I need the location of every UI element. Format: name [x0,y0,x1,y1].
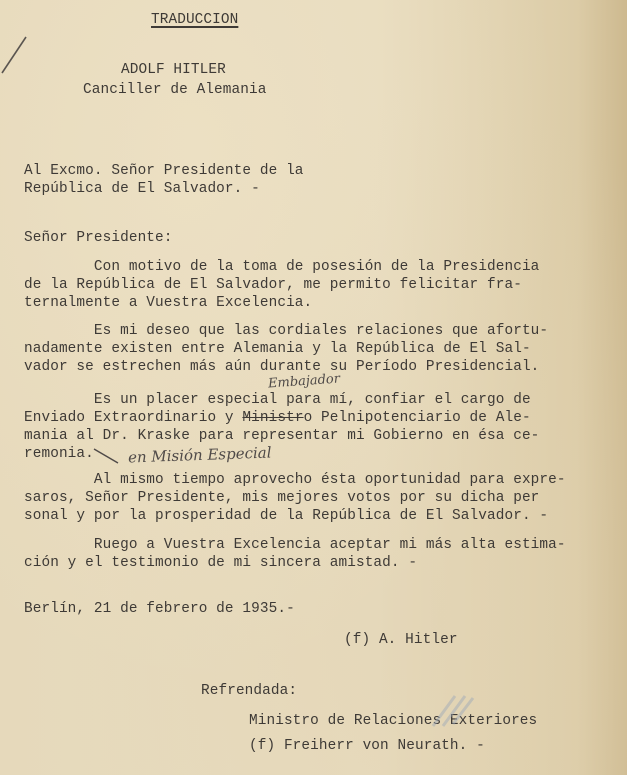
paragraph-3-line-4: remonia. [24,446,94,462]
paragraph-1-line-2: de la República de El Salvador, me permi… [24,277,522,293]
paragraph-3-line-3: mania al Dr. Kraske para representar mi … [24,428,539,444]
paragraph-2-line-3: vador se estrechen más aún durante su Pe… [24,359,539,375]
countersign-label: Refrendada: [201,683,297,699]
paragraph-4-line-1: Al mismo tiempo aprovecho ésta oportunid… [24,472,566,488]
paragraph-5-line-1: Ruego a Vuestra Excelencia aceptar mi má… [24,537,566,553]
insertion-caret [92,447,122,467]
paragraph-1-line-3: ternalmente a Vuestra Excelencia. [24,295,312,311]
paragraph-4-line-2: saros, Señor Presidente, mis mejores vot… [24,490,539,506]
paragraph-3-line-1: Es un placer especial para mí, confiar e… [24,392,531,408]
blue-smudge [425,690,485,730]
paragraph-3-line-2: Enviado Extraordinario y Ministro Pelnip… [24,410,531,426]
sender-title: Canciller de Alemania [83,82,266,98]
paragraph-1-line-1: Con motivo de la toma de posesión de la … [24,259,539,275]
paragraph-5-line-2: ción y el testimonio de mi sincera amist… [24,555,417,571]
paragraph-2-line-1: Es mi deseo que las cordiales relaciones… [24,323,548,339]
addressee-line-1: Al Excmo. Señor Presidente de la [24,163,304,179]
document-page: TRADUCCION ADOLF HITLER Canciller de Ale… [0,0,627,775]
struck-word: Ministr [242,410,303,426]
salutation: Señor Presidente: [24,230,173,246]
sender-name: ADOLF HITLER [121,62,226,78]
paragraph-4-line-3: sonal y por la prosperidad de la Repúbli… [24,508,548,524]
paragraph-3-line-2b: o Pelnipotenciario de Ale- [304,410,531,426]
countersign-office: Ministro de Relaciones Exteriores [249,713,537,729]
signature: (f) A. Hitler [344,632,458,648]
margin-pen-stroke [0,35,30,75]
date-line: Berlín, 21 de febrero de 1935.- [24,601,295,617]
paragraph-3-line-2a: Enviado Extraordinario y [24,410,242,426]
countersign-signature: (f) Freiherr von Neurath. - [249,738,485,754]
addressee-line-2: República de El Salvador. - [24,181,260,197]
handwritten-mision-especial: en Misión Especial [128,444,272,467]
paragraph-2-line-2: nadamente existen entre Alemania y la Re… [24,341,531,357]
document-heading: TRADUCCION [151,12,238,28]
